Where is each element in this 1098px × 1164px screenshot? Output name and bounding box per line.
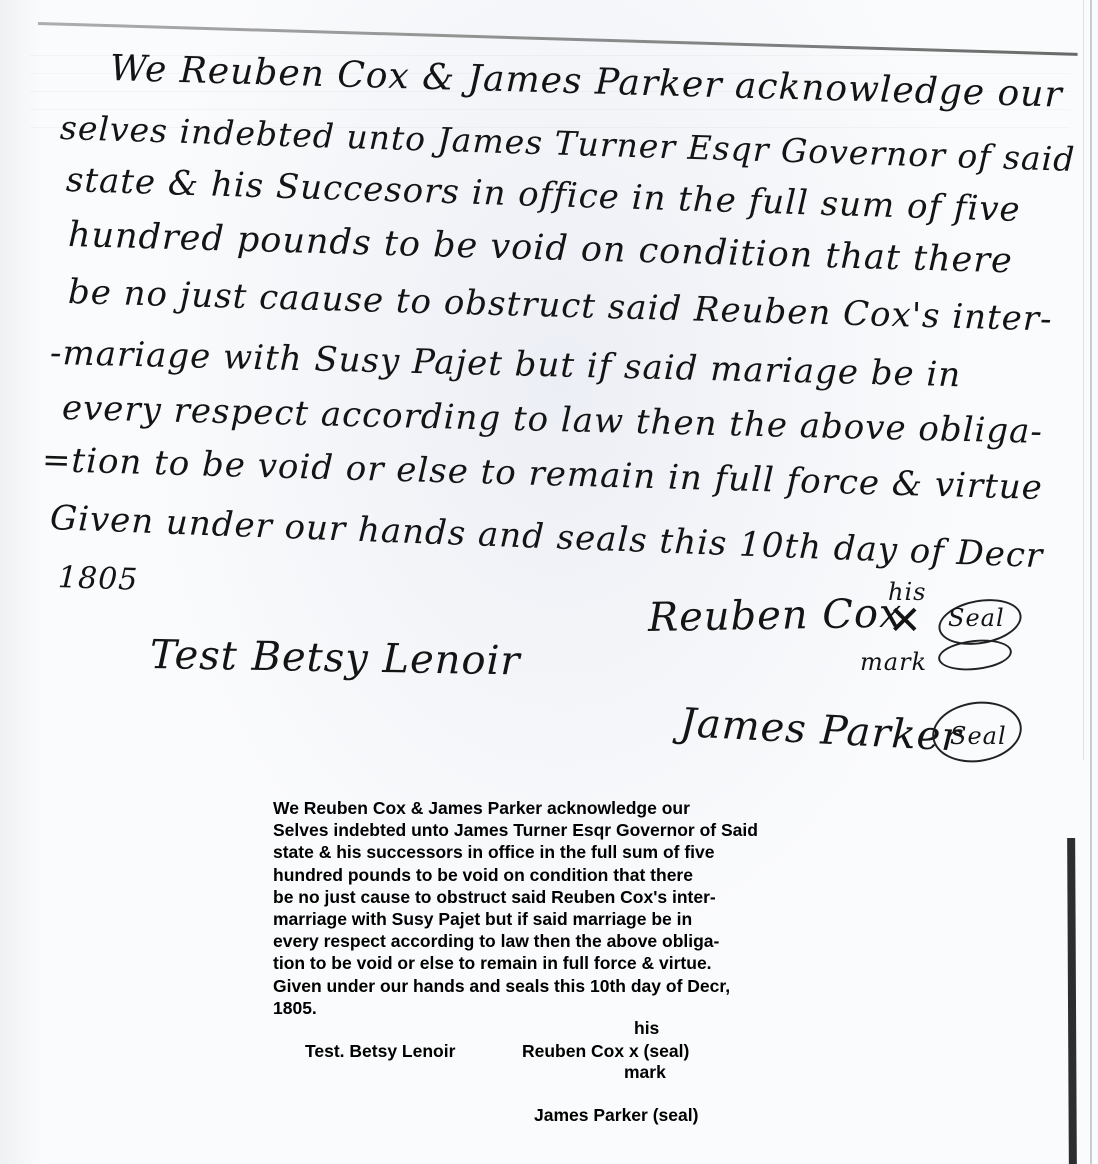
- transcription-signature-james-parker: James Parker (seal): [534, 1105, 698, 1126]
- transcription-line: be no just cause to obstruct said Reuben…: [273, 886, 833, 908]
- page-fold-shadow: [1067, 838, 1077, 1164]
- page-right-edge: [1090, 0, 1092, 1164]
- handwritten-seal-label: Seal: [950, 722, 1007, 750]
- transcription-signature-reuben-cox: Reuben Cox x (seal): [522, 1041, 689, 1062]
- transcription-text: We Reuben Cox & James Parker acknowledge…: [273, 797, 833, 1019]
- handwritten-mark: mark: [860, 648, 927, 676]
- transcription-his: his: [634, 1018, 659, 1039]
- page-right-margin-line: [1083, 0, 1084, 760]
- handwritten-seal-label: Seal: [948, 604, 1005, 632]
- transcription-line: tion to be void or else to remain in ful…: [273, 952, 833, 974]
- transcription-line: state & his successors in office in the …: [273, 841, 833, 863]
- handwritten-signature-reuben-cox: Reuben Cox: [648, 591, 903, 641]
- transcription-line: marriage with Susy Pajet but if said mar…: [273, 908, 833, 930]
- handwritten-witness: Test Betsy Lenoir: [150, 632, 521, 684]
- transcription-line: hundred pounds to be void on condition t…: [273, 864, 833, 886]
- transcription-witness: Test. Betsy Lenoir: [305, 1041, 455, 1062]
- handwritten-year: 1805: [57, 560, 139, 598]
- transcription-mark: mark: [624, 1062, 666, 1083]
- transcription-line: Given under our hands and seals this 10t…: [273, 975, 833, 997]
- transcription-line: 1805.: [273, 997, 833, 1019]
- transcription-line: every respect according to law then the …: [273, 930, 833, 952]
- transcription-line: We Reuben Cox & James Parker acknowledge…: [273, 797, 833, 819]
- mark-x-icon: ✕: [888, 598, 922, 644]
- transcription-line: Selves indebted unto James Turner Esqr G…: [273, 819, 833, 841]
